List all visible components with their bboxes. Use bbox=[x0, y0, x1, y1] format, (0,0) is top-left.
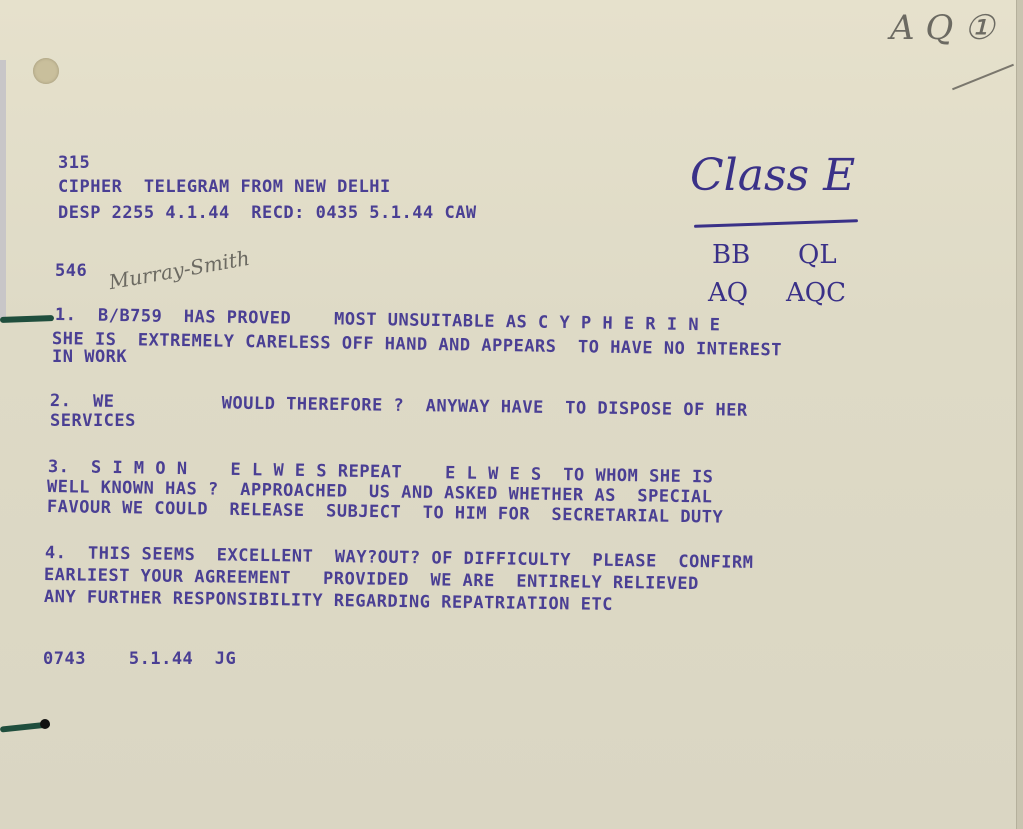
binding-hole-bottom bbox=[40, 719, 50, 729]
footer-time-date-initials: 0743 5.1.44 JG bbox=[43, 650, 236, 668]
reference-number: 546 bbox=[55, 262, 87, 280]
routing-ql: QL bbox=[798, 240, 837, 270]
routing-aqc: AQC bbox=[786, 278, 846, 308]
paragraph-4-line-3: ANY FURTHER RESPONSIBILITY REGARDING REP… bbox=[44, 588, 613, 614]
top-right-pencil-annotation: A Q ① bbox=[890, 8, 995, 48]
class-underline bbox=[694, 219, 858, 228]
punch-hole bbox=[33, 58, 59, 84]
telegram-page: A Q ① 315 CIPHER TELEGRAM FROM NEW DELHI… bbox=[0, 0, 1023, 829]
paragraph-1-line-3: IN WORK bbox=[52, 348, 127, 366]
binding-string-top bbox=[0, 315, 54, 323]
paragraph-2-line-2: SERVICES bbox=[50, 412, 136, 430]
pencil-underline bbox=[952, 64, 1014, 91]
routing-bb: BB bbox=[712, 240, 750, 270]
page-edge-shadow bbox=[0, 60, 6, 320]
dispatch-received-line: DESP 2255 4.1.44 RECD: 0435 5.1.44 CAW bbox=[58, 204, 477, 222]
routing-aq: AQ bbox=[708, 278, 748, 308]
paper-right-edge bbox=[1016, 0, 1023, 829]
pencil-name-annotation: Murray-Smith bbox=[107, 246, 251, 294]
class-label: Class E bbox=[690, 150, 855, 201]
telegram-title: CIPHER TELEGRAM FROM NEW DELHI bbox=[58, 178, 391, 196]
paragraph-2-line-1: 2. WE WOULD THEREFORE ? ANYWAY HAVE TO D… bbox=[50, 392, 748, 420]
page-number: 315 bbox=[58, 154, 90, 172]
